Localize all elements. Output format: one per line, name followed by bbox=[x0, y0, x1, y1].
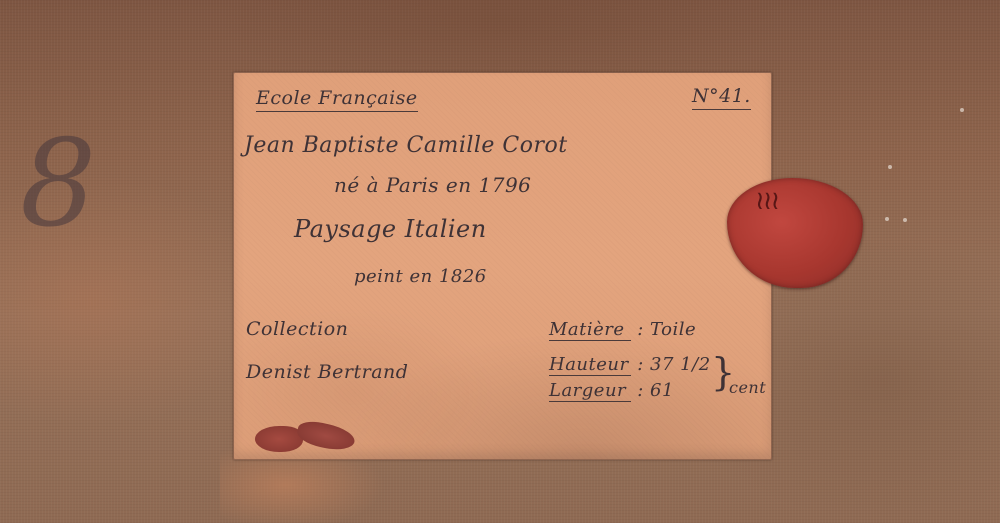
dust-speck bbox=[888, 165, 892, 169]
collection-name: Denist Bertrand bbox=[246, 361, 408, 383]
catalog-number: N°41. bbox=[692, 85, 751, 110]
wax-blob bbox=[295, 418, 357, 454]
dimension-unit: cent bbox=[729, 378, 766, 397]
seal-crest-icon: ≀≀≀ bbox=[755, 186, 835, 226]
dust-speck bbox=[885, 217, 889, 221]
artist-birth: né à Paris en 1796 bbox=[334, 173, 531, 197]
detail-value: 61 bbox=[650, 380, 674, 401]
dust-speck bbox=[960, 108, 964, 112]
detail-material: Matière : Toile bbox=[549, 319, 696, 341]
detail-key: Hauteur bbox=[549, 354, 631, 376]
detail-height: Hauteur : 37 1/2 bbox=[549, 354, 711, 376]
collection-label: Collection bbox=[246, 318, 348, 340]
artist-name: Jean Baptiste Camille Corot bbox=[244, 133, 568, 158]
detail-value: 37 1/2 bbox=[650, 354, 711, 375]
wax-blob bbox=[255, 426, 303, 452]
detail-key: Matière bbox=[549, 319, 631, 341]
detail-sep: : bbox=[637, 319, 644, 340]
dust-speck bbox=[903, 218, 907, 222]
detail-width: Largeur : 61 bbox=[549, 380, 674, 402]
painting-title: Paysage Italien bbox=[294, 215, 487, 243]
detail-sep: : bbox=[637, 354, 644, 375]
paper-label: Ecole Française N°41. Jean Baptiste Cami… bbox=[233, 72, 772, 460]
school-text: Ecole Française bbox=[256, 87, 418, 112]
wax-drip bbox=[255, 424, 355, 454]
detail-sep: : bbox=[637, 380, 644, 401]
pencil-mark: 8 bbox=[20, 125, 90, 275]
painting-date: peint en 1826 bbox=[354, 266, 487, 287]
detail-value: Toile bbox=[650, 319, 696, 340]
detail-key: Largeur bbox=[549, 380, 631, 402]
